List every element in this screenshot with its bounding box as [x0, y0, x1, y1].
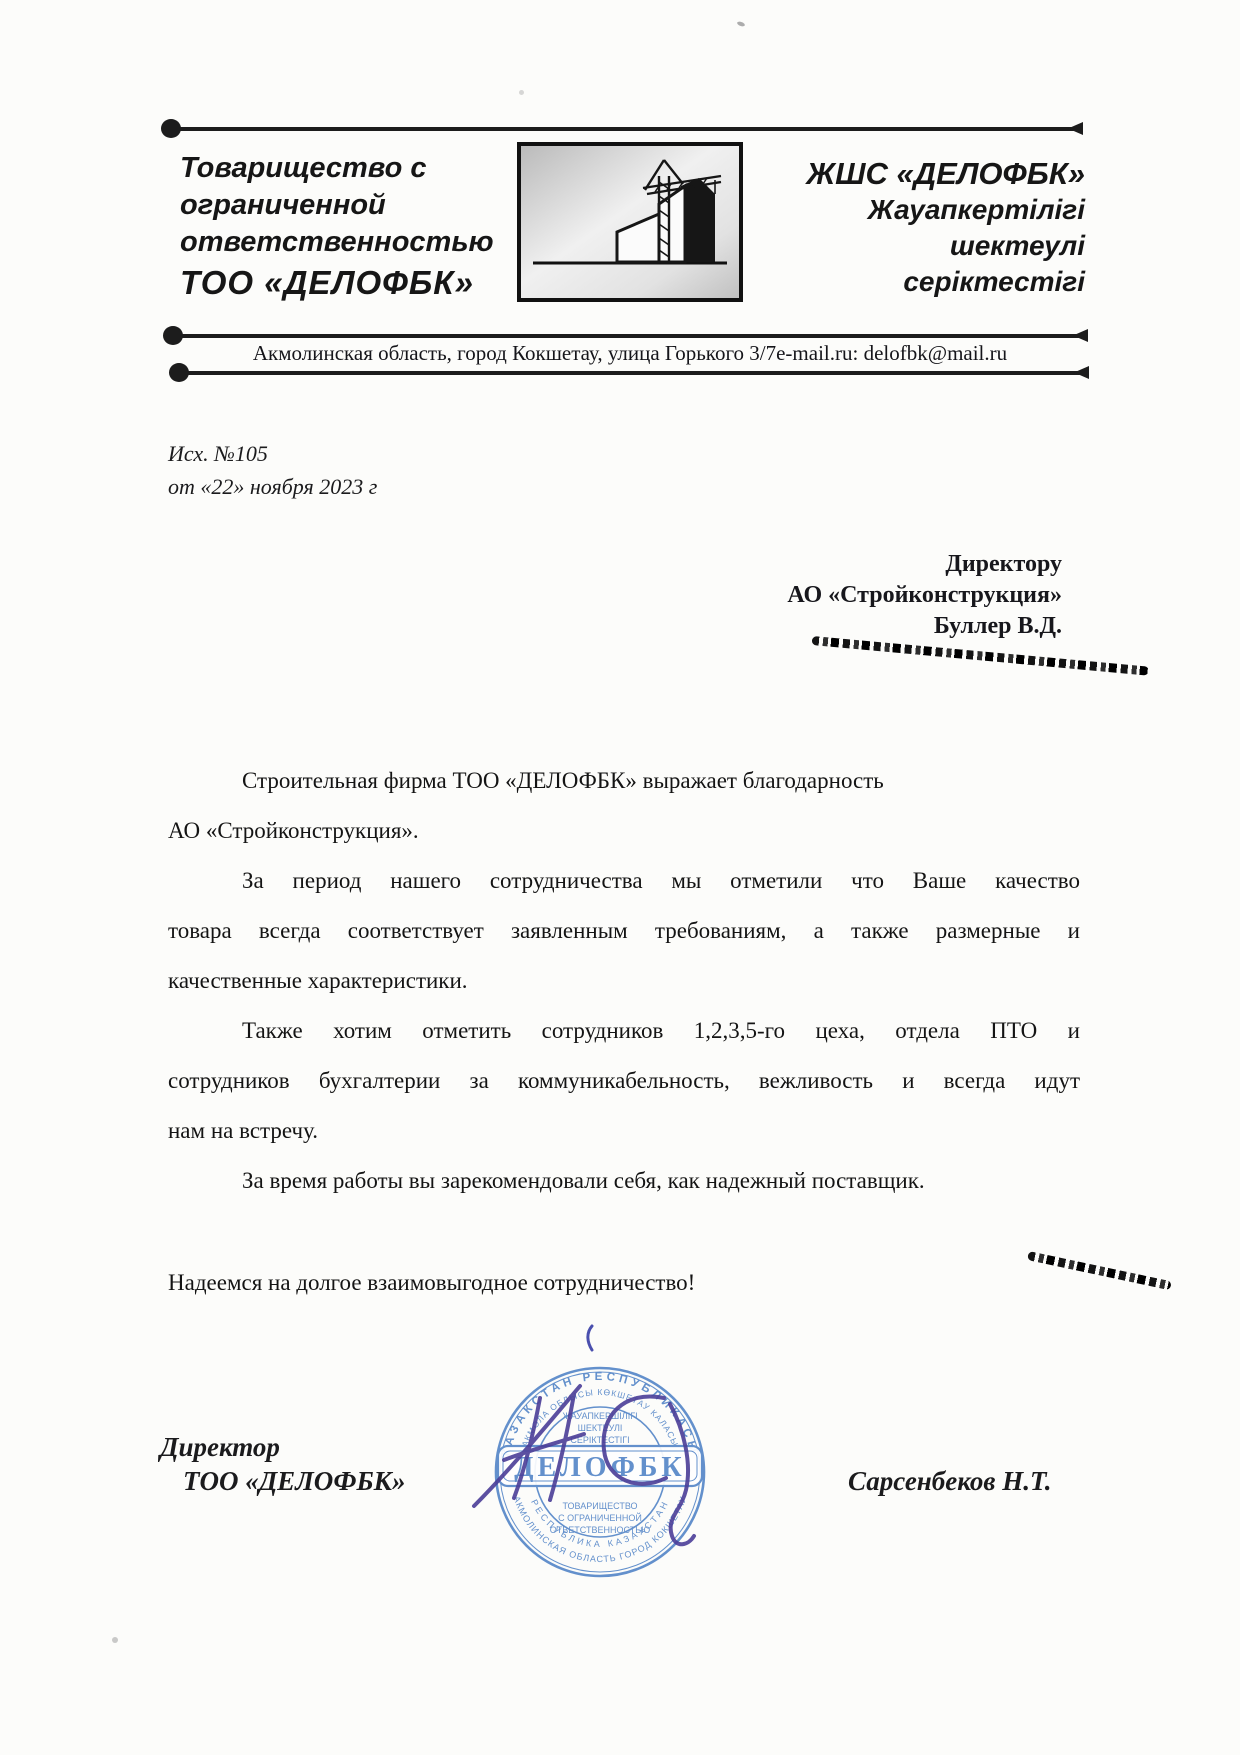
- body-line: За время работы вы зарекомендовали себя,…: [168, 1156, 1080, 1206]
- outgoing-date: от «22» ноября 2023 г: [168, 470, 377, 503]
- body-line: сотрудников бухгалтерии за коммуникабель…: [168, 1056, 1080, 1106]
- signer-title: Директор: [160, 1432, 280, 1463]
- body-line: АО «Стройконструкция».: [168, 806, 1080, 856]
- bottom-rule: [178, 371, 1086, 375]
- recipient-block: Директору АО «Стройконструкция» Буллер В…: [787, 549, 1062, 642]
- body-line: Строительная фирма ТОО «ДЕЛОФБК» выражае…: [168, 756, 1080, 806]
- company-name-line: ответственностью: [180, 224, 494, 261]
- company-name-line: ограниченной: [180, 187, 494, 224]
- outgoing-number: Исх. №105: [168, 437, 377, 470]
- rule-end-arrow-icon: [1068, 122, 1083, 135]
- company-name-kazakh: ЖШС «ДЕЛОФБК» Жауапкертілігі шектеулі се…: [806, 156, 1085, 300]
- company-name-russian: Товарищество с ограниченной ответственно…: [180, 150, 494, 301]
- body-line: качественные характеристики.: [168, 956, 1080, 1006]
- company-name-line: серіктестігі: [806, 264, 1085, 300]
- crane-building-icon: [517, 142, 743, 302]
- scanned-letter-page: Товарищество с ограниченной ответственно…: [0, 0, 1240, 1755]
- body-line: Также хотим отметить сотрудников 1,2,3,5…: [168, 1006, 1080, 1056]
- company-logo: [517, 142, 743, 302]
- signature-ink: [452, 1368, 752, 1553]
- pen-mark: [582, 1324, 598, 1352]
- closing-line: Надеемся на долгое взаимовыгодное сотруд…: [168, 1270, 695, 1296]
- body-line: За период нашего сотрудничества мы отмет…: [168, 856, 1080, 906]
- reference-block: Исх. №105 от «22» ноября 2023 г: [168, 437, 377, 503]
- scan-artifact-chain: [1027, 1251, 1172, 1290]
- recipient-title: Директору: [787, 549, 1062, 580]
- rule-end-arrow-icon: [1074, 366, 1089, 379]
- rule-end-dot: [169, 363, 189, 382]
- body-line: нам на встречу.: [168, 1106, 1080, 1156]
- top-rule: [173, 127, 1081, 131]
- body-line: товара всегда соответствует заявленным т…: [168, 906, 1080, 956]
- scan-speck: [112, 1637, 118, 1643]
- middle-rule: [173, 334, 1085, 338]
- company-name-line: Товарищество с: [180, 150, 494, 187]
- address-line: Акмолинская область, город Кокшетау, ули…: [180, 341, 1080, 366]
- signer-company: ТОО «ДЕЛОФБК»: [183, 1466, 405, 1497]
- company-name-line: ТОО «ДЕЛОФБК»: [180, 264, 494, 301]
- scan-speck: [519, 90, 524, 95]
- letter-body: Строительная фирма ТОО «ДЕЛОФБК» выражае…: [168, 756, 1080, 1206]
- company-name-line: шектеулі: [806, 228, 1085, 264]
- signer-name: Сарсенбеков Н.Т.: [848, 1466, 1052, 1497]
- company-name-line: ЖШС «ДЕЛОФБК»: [806, 156, 1085, 192]
- rule-end-dot: [161, 119, 181, 138]
- recipient-company: АО «Стройконструкция»: [787, 580, 1062, 611]
- company-name-line: Жауапкертілігі: [806, 192, 1085, 228]
- scan-speck: [737, 21, 746, 27]
